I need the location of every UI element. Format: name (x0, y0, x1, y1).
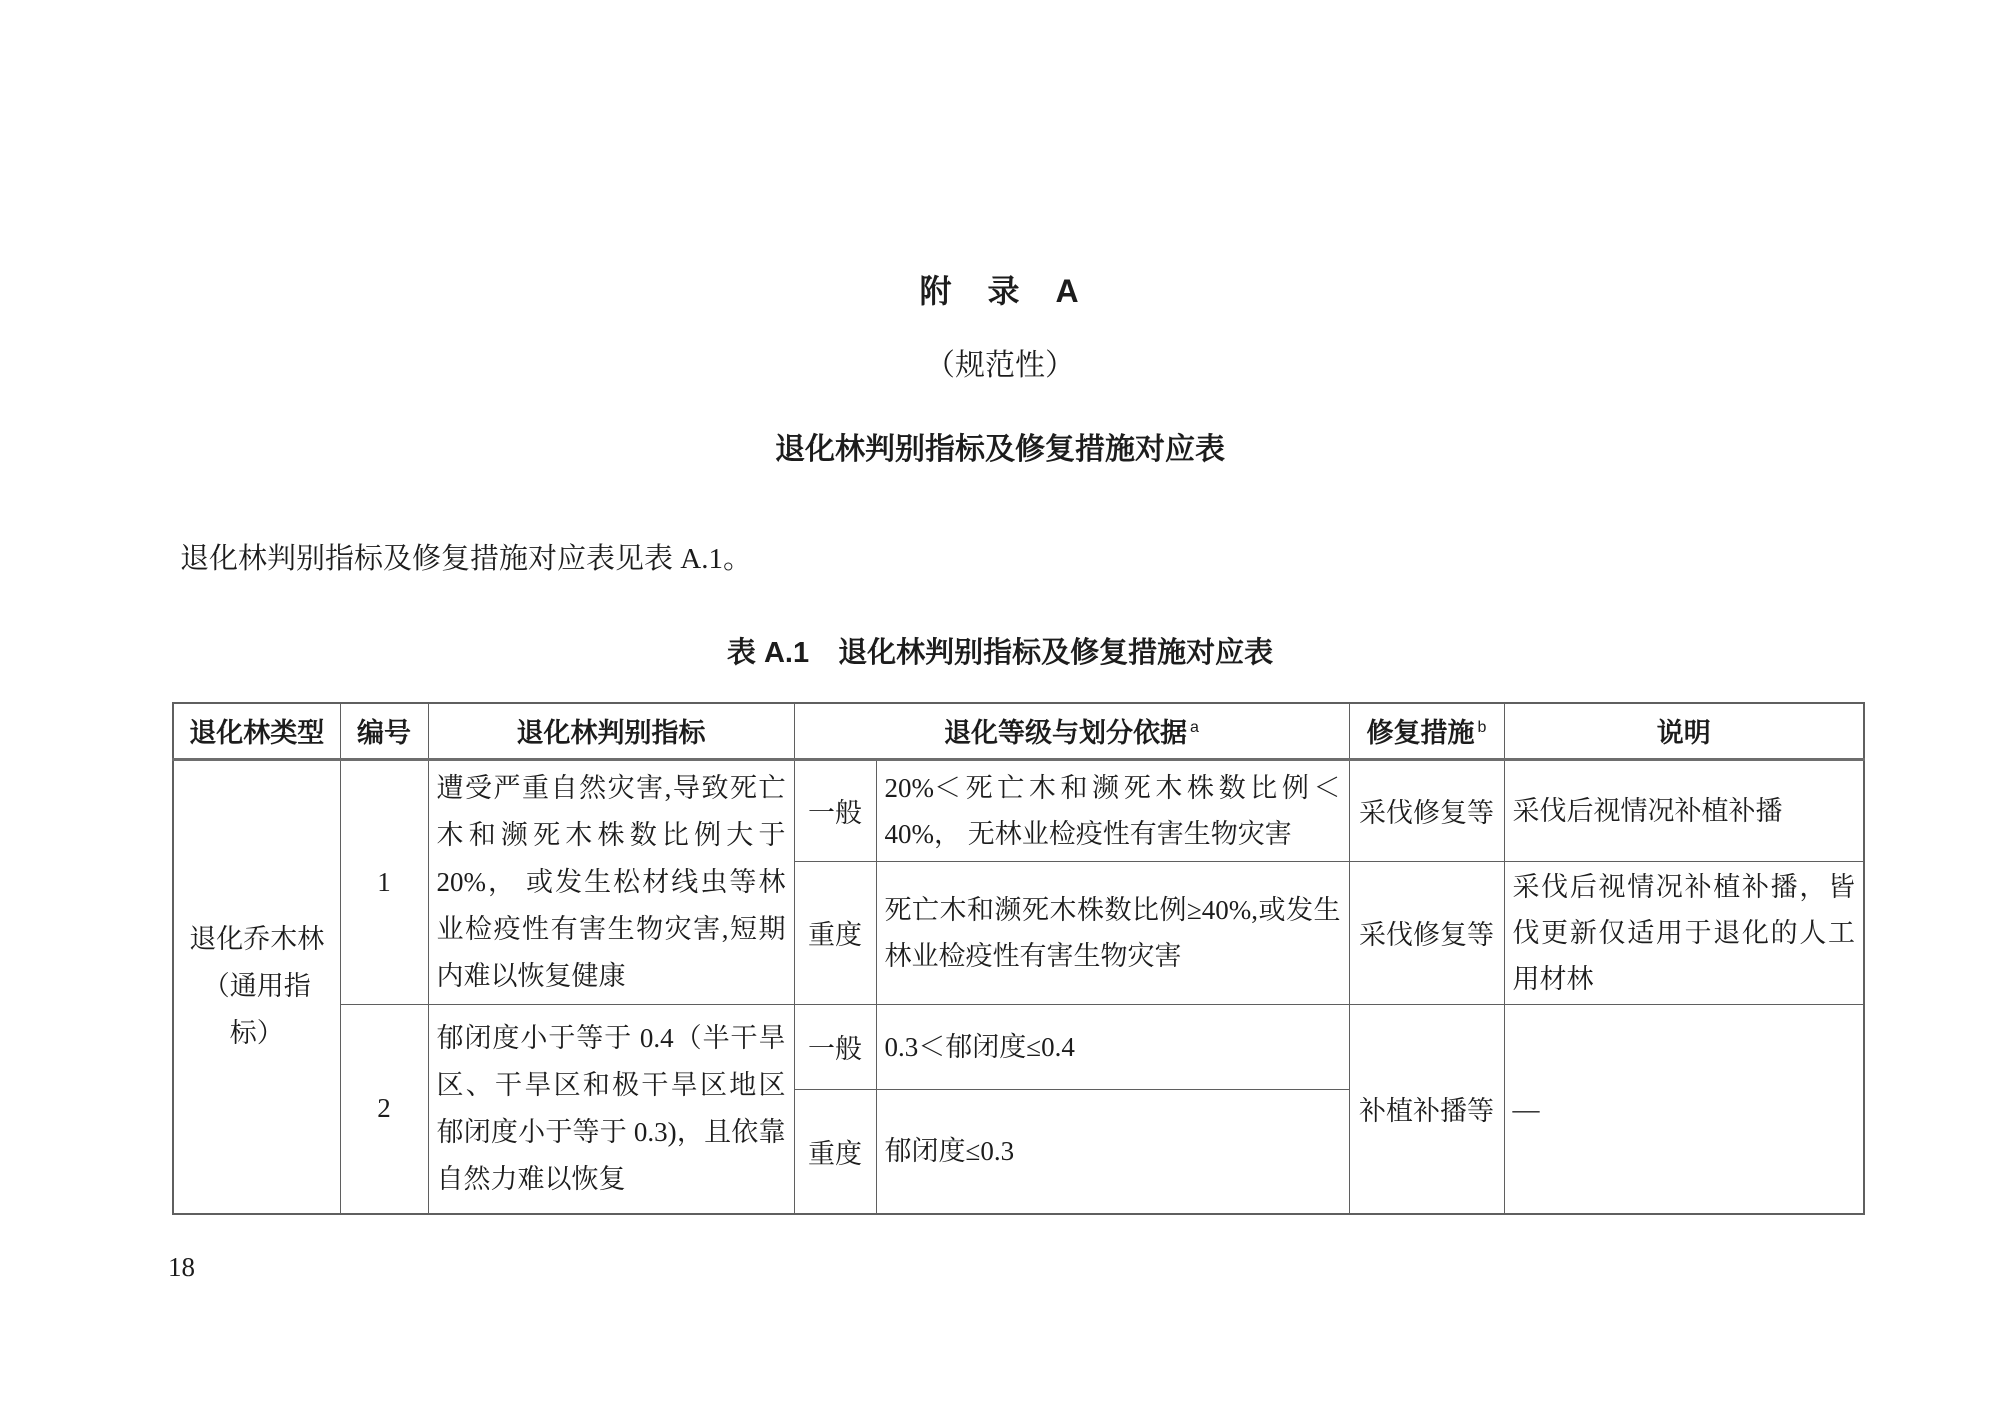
cell-grade-2-severe: 重度 (794, 1089, 876, 1214)
forest-type-line: 退化乔木林 (182, 916, 332, 963)
header-note: 说明 (1504, 703, 1864, 759)
intro-paragraph: 退化林判别指标及修复措施对应表见表 A.1。 (180, 536, 752, 577)
header-grade-basis: 退化等级与划分依据a (794, 703, 1349, 759)
document-page: { "page": { "appendix_title": "附 录 A", "… (0, 0, 2000, 1414)
cell-grade-1-severe: 重度 (794, 861, 876, 1004)
cell-grade-2-general: 一般 (794, 1004, 876, 1089)
table-caption: 表 A.1 退化林判别指标及修复措施对应表 (0, 630, 2000, 671)
cell-criteria-2-general: 0.3＜郁闭度≤0.4 (876, 1004, 1349, 1089)
cell-note-1-general: 采伐后视情况补植补播 (1504, 759, 1864, 861)
appendix-heading: 退化林判别指标及修复措施对应表 (0, 424, 2000, 468)
cell-measure-1-severe: 采伐修复等 (1349, 861, 1504, 1004)
header-grade-basis-label: 退化等级与划分依据 (944, 718, 1187, 748)
cell-criteria-1-severe: 死亡木和濒死木株数比例≥40%,或发生林业检疫性有害生物灾害 (876, 861, 1349, 1004)
forest-type-line: 标） (182, 1010, 332, 1057)
cell-note-2: — (1504, 1004, 1864, 1214)
cell-indicator-2: 郁闭度小于等于 0.4（半干旱区、干旱区和极干旱区地区郁闭度小于等于 0.3)，… (428, 1004, 794, 1214)
header-measure-label: 修复措施 (1367, 718, 1475, 748)
header-measure: 修复措施b (1349, 703, 1504, 759)
cell-measure-2: 补植补播等 (1349, 1004, 1504, 1214)
cell-criteria-2-severe: 郁闭度≤0.3 (876, 1089, 1349, 1214)
header-number: 编号 (340, 703, 428, 759)
cell-number-2: 2 (340, 1004, 428, 1214)
cell-number-1: 1 (340, 759, 428, 1004)
appendix-normative-label: （规范性） (0, 340, 2000, 384)
header-forest-type: 退化林类型 (173, 703, 340, 759)
table-row: 2 郁闭度小于等于 0.4（半干旱区、干旱区和极干旱区地区郁闭度小于等于 0.3… (173, 1004, 1864, 1089)
cell-criteria-1-general: 20%＜死亡木和濒死木株数比例＜40%， 无林业检疫性有害生物灾害 (876, 759, 1349, 861)
table-row: 退化乔木林 （通用指 标） 1 遭受严重自然灾害,导致死亡木和濒死木株数比例大于… (173, 759, 1864, 861)
page-number: 18 (168, 1252, 195, 1283)
footnote-a-marker: a (1190, 719, 1199, 736)
cell-forest-type: 退化乔木林 （通用指 标） (173, 759, 340, 1214)
header-indicator: 退化林判别指标 (428, 703, 794, 759)
footnote-b-marker: b (1478, 719, 1487, 736)
degraded-forest-table: 退化林类型 编号 退化林判别指标 退化等级与划分依据a 修复措施b 说明 退化乔… (172, 702, 1865, 1215)
cell-note-1-severe: 采伐后视情况补植补播，皆伐更新仅适用于退化的人工用材林 (1504, 861, 1864, 1004)
table-header-row: 退化林类型 编号 退化林判别指标 退化等级与划分依据a 修复措施b 说明 (173, 703, 1864, 759)
appendix-title: 附 录 A (0, 266, 2000, 312)
cell-indicator-1: 遭受严重自然灾害,导致死亡木和濒死木株数比例大于 20%， 或发生松材线虫等林业… (428, 759, 794, 1004)
cell-measure-1-general: 采伐修复等 (1349, 759, 1504, 861)
forest-type-line: （通用指 (182, 963, 332, 1010)
cell-grade-1-general: 一般 (794, 759, 876, 861)
